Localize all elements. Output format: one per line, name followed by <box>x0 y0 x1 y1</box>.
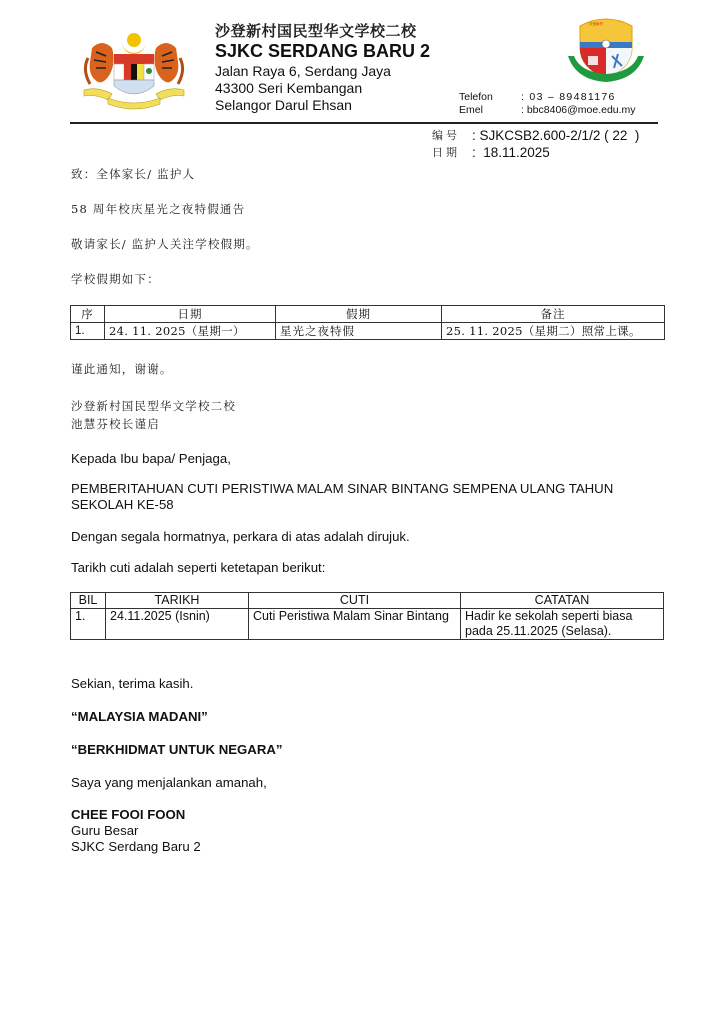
motto-berkhidmat: “BERKHIDMAT UNTUK NEGARA” <box>71 742 282 757</box>
table-cell: 星光之夜特假 <box>276 323 442 340</box>
school-crest-logo: 沙登新村 <box>566 16 646 84</box>
ms-para2: Tarikh cuti adalah seperti ketetapan ber… <box>71 560 325 575</box>
table-row: 1. 24.11.2025 (Isnin) Cuti Peristiwa Mal… <box>71 609 664 640</box>
cn-para1: 敬请家长/ 监护人关注学校假期。 <box>71 236 259 252</box>
cn-sign-school: 沙登新村国民型华文学校二校 <box>71 398 236 414</box>
date-label: 日期 <box>432 144 472 161</box>
school-address: Jalan Raya 6, Serdang Jaya 43300 Seri Ke… <box>215 63 391 114</box>
address-line: 43300 Seri Kembangan <box>215 80 391 97</box>
ms-title: PEMBERITAHUAN CUTI PERISTIWA MALAM SINAR… <box>71 481 651 513</box>
ms-closing: Sekian, terima kasih. <box>71 676 193 691</box>
table-cell: Hadir ke sekolah seperti biasa pada 25.1… <box>461 609 664 640</box>
contact-block: Telefon : 03 – 89481176 Emel : bbc8406@m… <box>459 91 636 117</box>
table-header-cell: 序 <box>71 306 105 323</box>
ref-label: 编号 <box>432 127 472 144</box>
table-cell: 1. <box>71 609 106 640</box>
cn-para2: 学校假期如下： <box>71 271 160 287</box>
table-cell: Cuti Peristiwa Malam Sinar Bintang <box>249 609 461 640</box>
motto-malaysia-madani: “MALAYSIA MADANI” <box>71 709 208 724</box>
ms-para1: Dengan segala hormatnya, perkara di atas… <box>71 529 410 544</box>
signatory-name: CHEE FOOI FOON <box>71 807 201 823</box>
table-header-cell: CATATAN <box>461 593 664 609</box>
telefon-label: Telefon <box>459 91 521 104</box>
table-cell: 25. 11. 2025（星期二）照常上课。 <box>442 323 665 340</box>
table-header-cell: TARIKH <box>106 593 249 609</box>
cn-title: 58 周年校庆星光之夜特假通告 <box>71 201 245 217</box>
svg-text:沙登新村: 沙登新村 <box>589 21 603 26</box>
ref-value: : SJKCSB2.600-2/1/2 ( 22 ) <box>472 127 639 144</box>
telefon-value: : 03 – 89481176 <box>521 91 616 104</box>
ms-holiday-table: BIL TARIKH CUTI CATATAN 1. 24.11.2025 (I… <box>70 592 664 640</box>
school-name-english: SJKC SERDANG BARU 2 <box>215 41 430 62</box>
letterhead-divider <box>70 122 658 124</box>
school-name-chinese: 沙登新村国民型华文学校二校 <box>215 20 417 41</box>
coat-of-arms-icon <box>78 28 190 114</box>
signatory-school: SJKC Serdang Baru 2 <box>71 839 201 855</box>
table-cell: 1. <box>71 323 105 340</box>
coat-of-arms-logo <box>78 28 190 114</box>
table-header-cell: 假期 <box>276 306 442 323</box>
cn-sign-principal: 池慧芬校长谨启 <box>71 416 160 432</box>
table-header-cell: 备注 <box>442 306 665 323</box>
date-value: : 18.11.2025 <box>472 144 550 161</box>
table-row: 1. 24. 11. 2025（星期一） 星光之夜特假 25. 11. 2025… <box>71 323 665 340</box>
emel-value[interactable]: : bbc8406@moe.edu.my <box>521 104 636 117</box>
cn-salutation: 致：全体家长/ 监护人 <box>71 166 195 182</box>
school-crest-icon: 沙登新村 <box>566 16 646 84</box>
trust-line: Saya yang menjalankan amanah, <box>71 775 267 790</box>
table-header-cell: CUTI <box>249 593 461 609</box>
address-line: Jalan Raya 6, Serdang Jaya <box>215 63 391 80</box>
ms-salutation: Kepada Ibu bapa/ Penjaga, <box>71 451 231 466</box>
signature-block: CHEE FOOI FOON Guru Besar SJKC Serdang B… <box>71 807 201 855</box>
table-cell: 24. 11. 2025（星期一） <box>105 323 276 340</box>
table-cell: 24.11.2025 (Isnin) <box>106 609 249 640</box>
emel-label: Emel <box>459 104 521 117</box>
reference-block: 编号 : SJKCSB2.600-2/1/2 ( 22 ) 日期 : 18.11… <box>432 127 639 161</box>
signatory-title: Guru Besar <box>71 823 201 839</box>
table-header-row: 序 日期 假期 备注 <box>71 306 665 323</box>
cn-closing: 谨此通知，谢谢。 <box>71 361 173 377</box>
table-header-cell: BIL <box>71 593 106 609</box>
table-header-cell: 日期 <box>105 306 276 323</box>
cn-holiday-table: 序 日期 假期 备注 1. 24. 11. 2025（星期一） 星光之夜特假 2… <box>70 305 665 340</box>
address-line: Selangor Darul Ehsan <box>215 97 391 114</box>
table-header-row: BIL TARIKH CUTI CATATAN <box>71 593 664 609</box>
